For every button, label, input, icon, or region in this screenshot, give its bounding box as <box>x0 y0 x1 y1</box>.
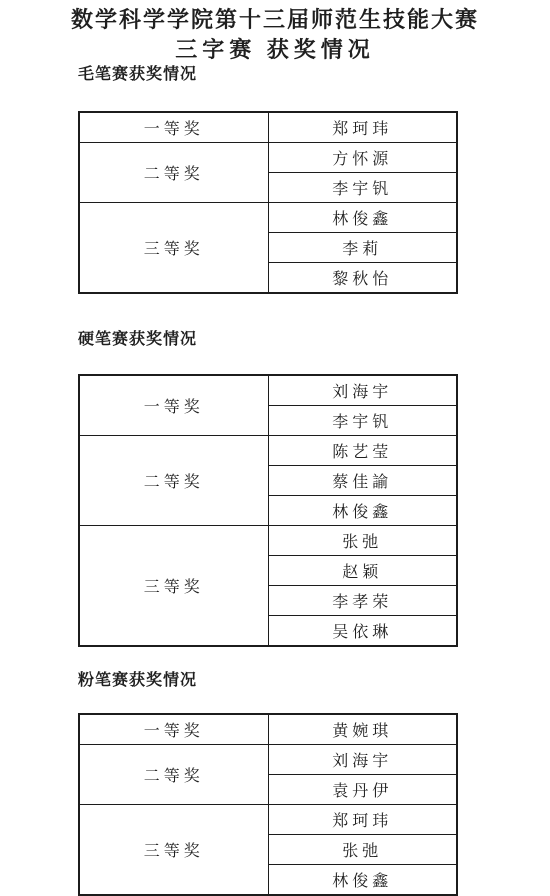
name-cell: 郑珂玮 <box>268 112 457 143</box>
name-cell: 张弛 <box>268 526 457 556</box>
document-title-line2: 三字赛 获奖情况 <box>0 35 550 65</box>
name-cell: 赵颖 <box>268 556 457 586</box>
table-row: 一等奖 刘海宇 <box>79 375 457 406</box>
name-cell: 李宇钒 <box>268 173 457 203</box>
table-row: 三等奖 林俊鑫 <box>79 203 457 233</box>
name-cell: 吴依琳 <box>268 616 457 647</box>
name-cell: 张弛 <box>268 835 457 865</box>
table-row: 三等奖 张弛 <box>79 526 457 556</box>
name-cell: 刘海宇 <box>268 745 457 775</box>
document-title: 数学科学学院第十三届师范生技能大赛 三字赛 获奖情况 <box>0 0 550 65</box>
award-cell: 一等奖 <box>79 714 268 745</box>
award-cell: 三等奖 <box>79 203 268 294</box>
award-cell: 一等奖 <box>79 112 268 143</box>
name-cell: 林俊鑫 <box>268 865 457 896</box>
table-row: 二等奖 刘海宇 <box>79 745 457 775</box>
awards-table-hard-pen: 一等奖 刘海宇 李宇钒 二等奖 陈艺莹 蔡佳諭 林俊鑫 三等奖 张弛 赵颖 李孝… <box>78 374 458 647</box>
award-cell: 二等奖 <box>79 143 268 203</box>
awards-table-chalk: 一等奖 黄婉琪 二等奖 刘海宇 袁丹伊 三等奖 郑珂玮 张弛 林俊鑫 <box>78 713 458 896</box>
table-row: 三等奖 郑珂玮 <box>79 805 457 835</box>
section-heading-hard-pen: 硬笔赛获奖情况 <box>78 330 550 350</box>
name-cell: 李孝荣 <box>268 586 457 616</box>
award-cell: 三等奖 <box>79 526 268 647</box>
name-cell: 林俊鑫 <box>268 496 457 526</box>
section-heading-chalk: 粉笔赛获奖情况 <box>78 671 550 691</box>
award-cell: 二等奖 <box>79 436 268 526</box>
awards-table-brush-pen: 一等奖 郑珂玮 二等奖 方怀源 李宇钒 三等奖 林俊鑫 李莉 黎秋怡 <box>78 111 458 294</box>
name-cell: 李莉 <box>268 233 457 263</box>
name-cell: 李宇钒 <box>268 406 457 436</box>
name-cell: 蔡佳諭 <box>268 466 457 496</box>
table-row: 一等奖 郑珂玮 <box>79 112 457 143</box>
table-row: 二等奖 陈艺莹 <box>79 436 457 466</box>
name-cell: 林俊鑫 <box>268 203 457 233</box>
name-cell: 陈艺莹 <box>268 436 457 466</box>
table-row: 二等奖 方怀源 <box>79 143 457 173</box>
section-heading-brush-pen: 毛笔赛获奖情况 <box>78 65 550 85</box>
name-cell: 方怀源 <box>268 143 457 173</box>
award-cell: 三等奖 <box>79 805 268 896</box>
document-page: 数学科学学院第十三届师范生技能大赛 三字赛 获奖情况 毛笔赛获奖情况 一等奖 郑… <box>0 0 550 896</box>
name-cell: 黄婉琪 <box>268 714 457 745</box>
award-cell: 二等奖 <box>79 745 268 805</box>
name-cell: 袁丹伊 <box>268 775 457 805</box>
name-cell: 刘海宇 <box>268 375 457 406</box>
table-row: 一等奖 黄婉琪 <box>79 714 457 745</box>
name-cell: 郑珂玮 <box>268 805 457 835</box>
name-cell: 黎秋怡 <box>268 263 457 294</box>
award-cell: 一等奖 <box>79 375 268 436</box>
document-title-line1: 数学科学学院第十三届师范生技能大赛 <box>0 5 550 35</box>
